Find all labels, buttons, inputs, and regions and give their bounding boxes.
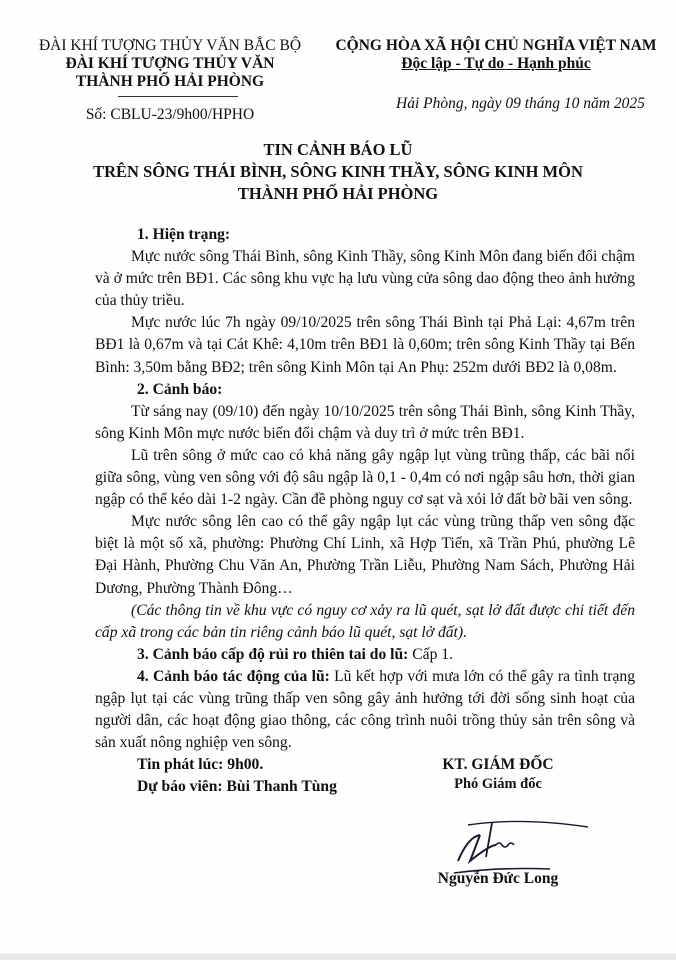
risk-value: Cấp 1.: [408, 646, 453, 663]
signature-on-behalf: KT. GIÁM ĐỐC: [400, 756, 596, 774]
nation-block: CỘNG HÒA XÃ HỘI CHỦ NGHĨA VIỆT NAM Độc l…: [318, 37, 674, 73]
signature-title: Phó Giám đốc: [400, 776, 596, 793]
agency-block: ĐÀI KHÍ TƯỢNG THỦY VĂN BẮC BỘ ĐÀI KHÍ TƯ…: [20, 37, 320, 91]
section-warning-heading: 2. Cảnh báo:: [95, 379, 635, 401]
section-current-heading: 1. Hiện trạng:: [95, 224, 635, 246]
agency-underline: [118, 96, 238, 97]
section-warning-para1: Từ sáng nay (09/10) đến ngày 10/10/2025 …: [95, 401, 635, 445]
title-line3: THÀNH PHỐ HẢI PHÒNG: [0, 183, 676, 205]
signer-name: Nguyễn Đức Long: [400, 870, 596, 888]
nation-name: CỘNG HÒA XÃ HỘI CHỦ NGHĨA VIỆT NAM: [318, 37, 674, 55]
agency-name-line2: THÀNH PHỐ HẢI PHÒNG: [20, 73, 320, 91]
section-warning-note: (Các thông tin về khu vực có nguy cơ xảy…: [95, 600, 635, 644]
document-page: ĐÀI KHÍ TƯỢNG THỦY VĂN BẮC BỘ ĐÀI KHÍ TƯ…: [0, 0, 676, 953]
title-line1: TIN CẢNH BÁO LŨ: [0, 139, 676, 161]
place-date: Hải Phòng, ngày 09 tháng 10 năm 2025: [396, 95, 645, 113]
title-line2: TRÊN SÔNG THÁI BÌNH, SÔNG KINH THẦY, SÔN…: [0, 161, 676, 183]
handwritten-signature-icon: [440, 815, 600, 875]
section-current-para1: Mực nước sông Thái Bình, sông Kinh Thầy,…: [95, 246, 635, 312]
impact-label: 4. Cảnh báo tác động của lũ:: [131, 668, 330, 685]
section-risk: 3. Cảnh báo cấp độ rủi ro thiên tai do l…: [95, 644, 635, 666]
page-bottom-edge: [0, 953, 676, 960]
national-motto: Độc lập - Tự do - Hạnh phúc: [318, 55, 674, 73]
document-body: 1. Hiện trạng: Mực nước sông Thái Bình, …: [95, 224, 635, 798]
agency-name-line1: ĐÀI KHÍ TƯỢNG THỦY VĂN: [20, 55, 320, 73]
section-warning-para3: Mực nước sông lên cao có thể gây ngập lụ…: [95, 511, 635, 599]
section-current-para2: Mực nước lúc 7h ngày 09/10/2025 trên sôn…: [95, 312, 635, 378]
parent-agency: ĐÀI KHÍ TƯỢNG THỦY VĂN BẮC BỘ: [20, 37, 320, 55]
document-number: Số: CBLU-23/9h00/HPHO: [20, 106, 320, 124]
risk-label: 3. Cảnh báo cấp độ rủi ro thiên tai do l…: [137, 646, 408, 663]
section-warning-para2: Lũ trên sông ở mức cao có khả năng gây n…: [95, 445, 635, 511]
document-title: TIN CẢNH BÁO LŨ TRÊN SÔNG THÁI BÌNH, SÔN…: [0, 139, 676, 205]
section-impact: 4. Cảnh báo tác động của lũ: Lũ kết hợp …: [95, 666, 635, 754]
